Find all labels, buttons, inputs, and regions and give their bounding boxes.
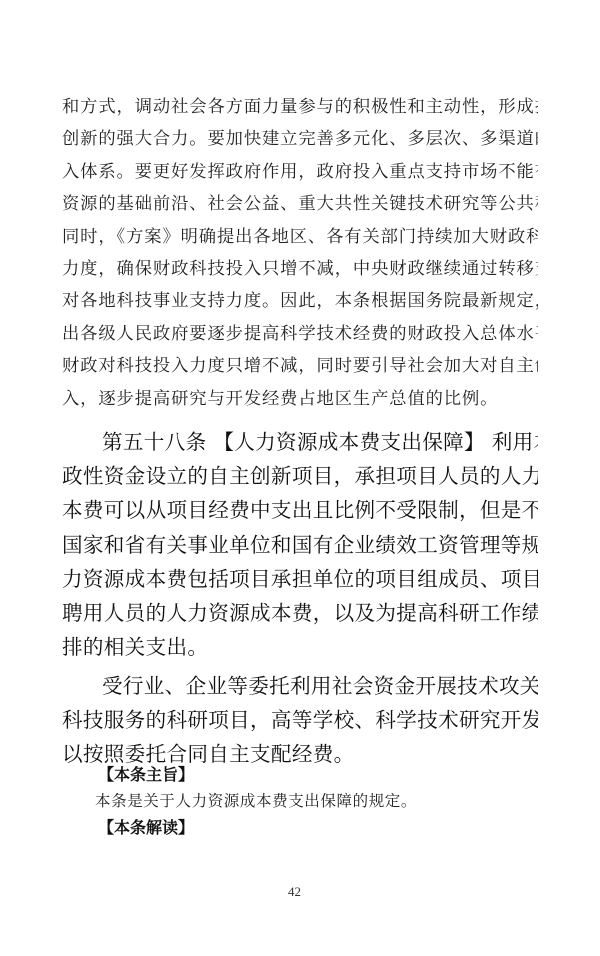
text-line: 本费可以从项目经费中支出且比例不受限制，但是不得违反 [62,493,538,523]
text-line: 入体系。要更好发挥政府作用，政府投入重点支持市场不能有效配置 [62,157,538,182]
text-line: 受行业、企业等委托利用社会资金开展技术攻关、提供 [102,669,538,699]
text-line: 和方式，调动社会各方面力量参与的积极性和主动性，形成推进科技 [62,92,538,117]
text-line: 政性资金设立的自主创新项目，承担项目人员的人力资源成 [62,459,538,489]
text-line: 出各级人民政府要逐步提高科学技术经费的财政投入总体水平，确保 [62,319,538,344]
text-line: 资源的基础前沿、社会公益、重大共性关键技术研究等公共科技活动。 [62,189,538,214]
interpretation-heading: 【本条解读】 [98,815,194,838]
text-line: 力度，确保财政科技投入只增不减，中央财政继续通过转移支付加大 [62,254,538,279]
article-heading-line: 第五十八条 【人力资源成本费支出保障】 利用本省财 [102,425,538,455]
document-page: 和方式，调动社会各方面力量参与的积极性和主动性，形成推进科技 创新的强大合力。要… [0,0,600,956]
text-line: 力资源成本费包括项目承担单位的项目组成员、项目组临时 [62,562,538,592]
purpose-text: 本条是关于人力资源成本费支出保障的规定。 [95,789,417,811]
purpose-heading: 【本条主旨】 [98,762,194,785]
text-line: 排的相关支出。 [62,630,538,660]
text-line: 创新的强大合力。要加快建立完善多元化、多层次、多渠道的科技投 [62,124,538,149]
text-line: 科技服务的科研项目，高等学校、科学技术研究开发机构可 [62,703,538,733]
text-line: 对各地科技事业支持力度。因此，本条根据国务院最新规定，明确提 [62,286,538,311]
text-line: 国家和省有关事业单位和国有企业绩效工资管理等规定。人 [62,528,538,558]
text-line: 入，逐步提高研究与开发经费占地区生产总值的比例。 [62,384,538,409]
text-line: 聘用人员的人力资源成本费，以及为提高科研工作绩效而安 [62,596,538,626]
page-number: 42 [288,884,301,900]
text-line: 同时，《方案》明确提出各地区、各有关部门持续加大财政科技投入 [62,222,538,247]
text-line: 财政对科技投入力度只增不减，同时要引导社会加大对自主创新的投 [62,351,538,376]
